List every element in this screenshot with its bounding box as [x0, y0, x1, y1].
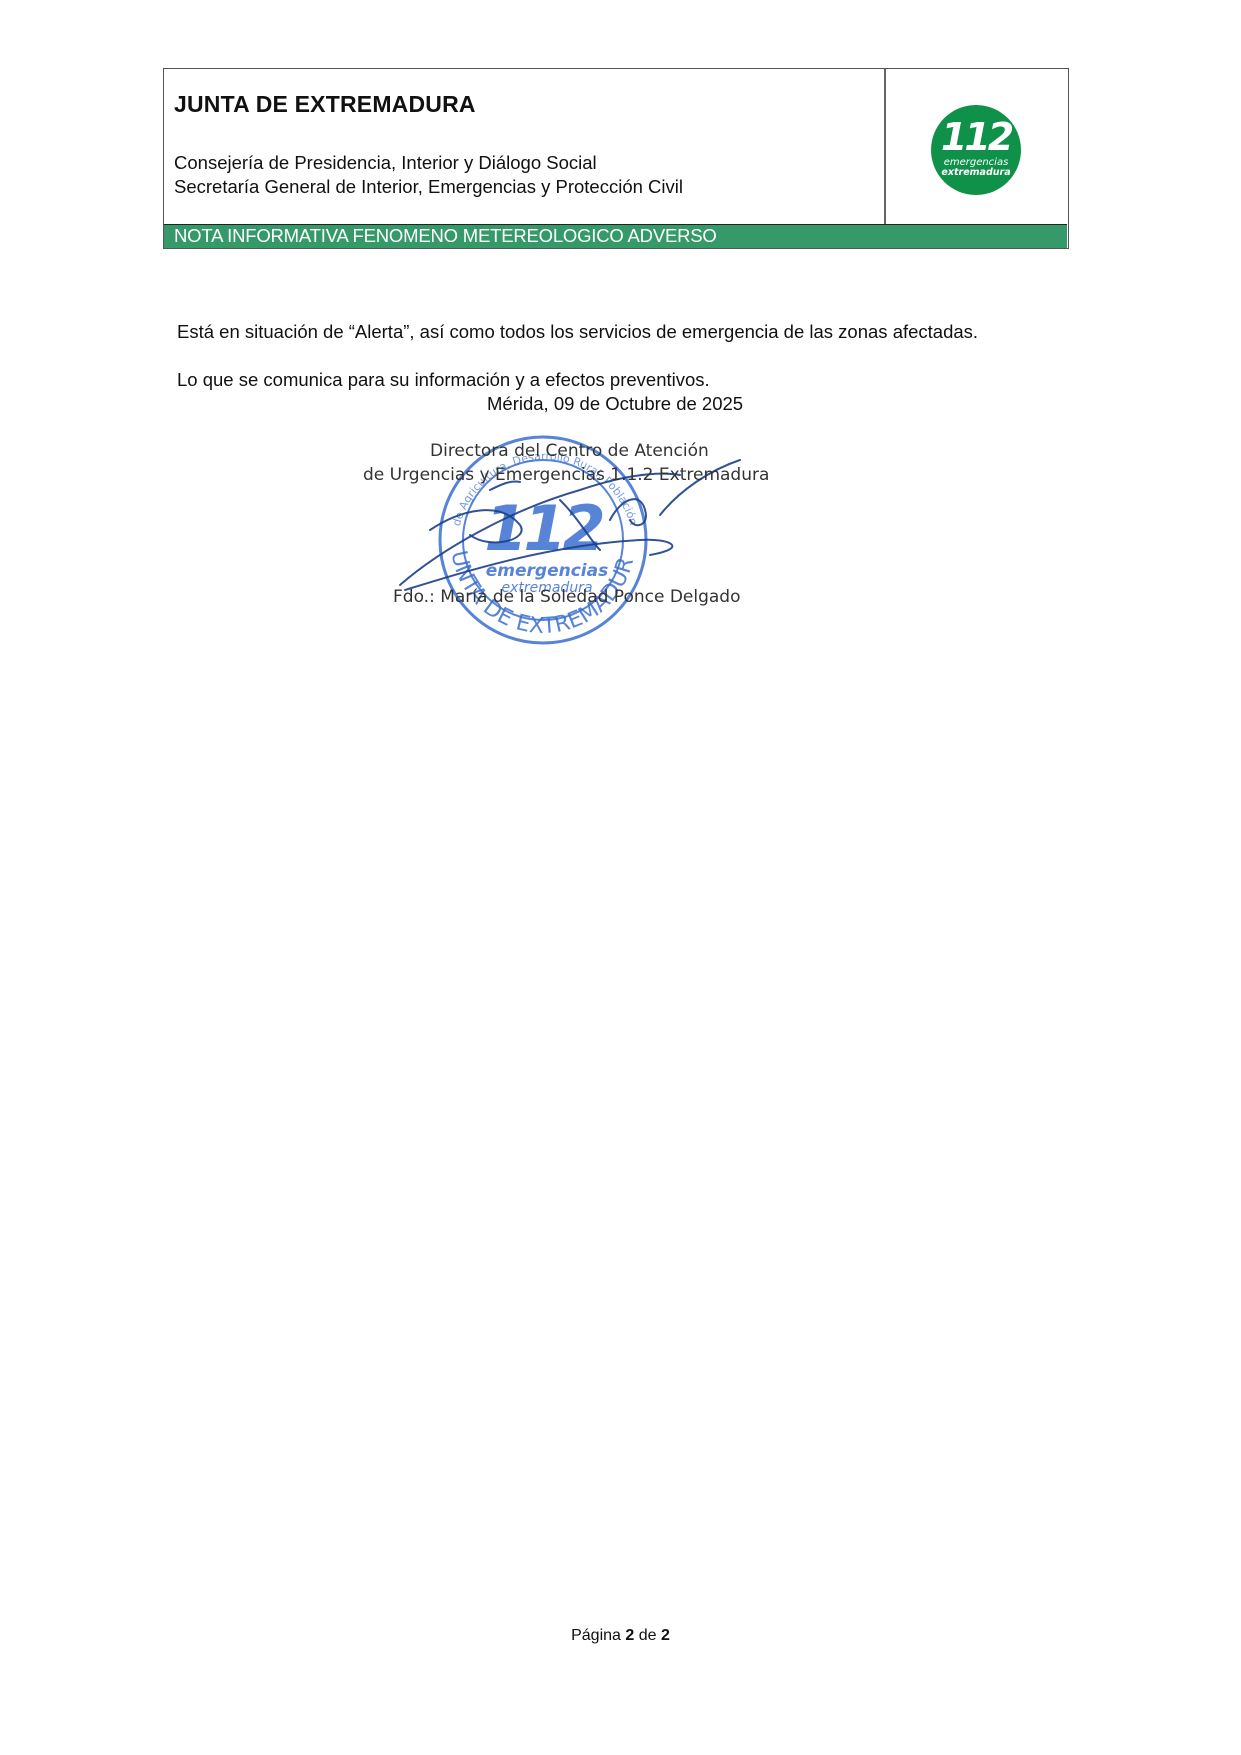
department-line: Consejería de Presidencia, Interior y Di… — [174, 152, 597, 174]
body-paragraph: Lo que se comunica para su información y… — [177, 369, 710, 391]
page-of: de — [639, 1627, 657, 1644]
header-divider — [884, 69, 886, 248]
document-page: JUNTA DE EXTREMADURA Consejería de Presi… — [0, 0, 1241, 1755]
document-type-title: NOTA INFORMATIVA FENOMENO METEREOLOGICO … — [174, 225, 717, 247]
signatory-title: de Urgencias y Emergencias 1.1.2 Extrema… — [363, 465, 769, 485]
page-total: 2 — [661, 1627, 670, 1644]
document-type-band: NOTA INFORMATIVA FENOMENO METEREOLOGICO … — [164, 224, 1067, 248]
place-date: Mérida, 09 de Octubre de 2025 — [487, 393, 743, 415]
organization-name: JUNTA DE EXTREMADURA — [174, 91, 476, 118]
letterhead-text-cell: JUNTA DE EXTREMADURA Consejería de Presi… — [164, 69, 884, 225]
body-paragraph: Está en situación de “Alerta”, así como … — [177, 321, 978, 343]
signatory-title: Directora del Centro de Atención — [430, 441, 709, 461]
112-emergencias-logo-icon: 112 emergencias extremadura — [931, 105, 1021, 195]
page-label: Página — [571, 1627, 621, 1644]
page-current: 2 — [625, 1627, 634, 1644]
logo-number: 112 — [931, 117, 1021, 157]
logo-subtitle: extremadura — [931, 167, 1021, 178]
page-number: Página 2 de 2 — [0, 1627, 1241, 1645]
signatory-name: Fdo.: María de la Soledad Ponce Delgado — [393, 587, 741, 607]
department-line: Secretaría General de Interior, Emergenc… — [174, 176, 683, 198]
stamp-inner-text: emergencias — [486, 561, 608, 581]
